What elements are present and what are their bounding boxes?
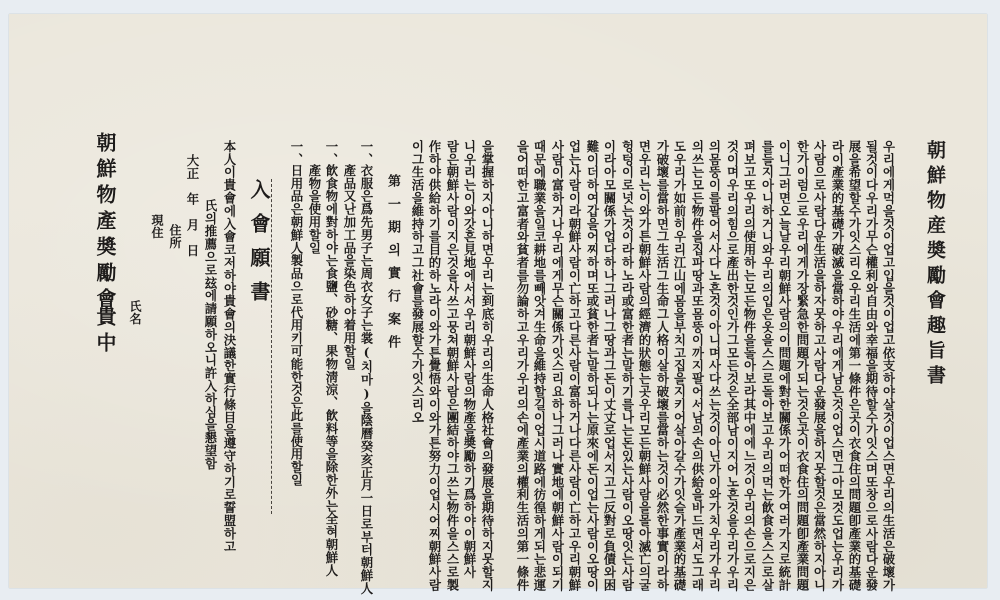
application-date: 大正 年 月 日: [185, 154, 199, 257]
addressee-suffix: 貴中: [91, 306, 120, 358]
scanned-document-page: 朝鮮物産奬勵會趣旨書 우리에게먹을것이업고입을것이업고依支하야살것이업스면우리의…: [9, 14, 987, 588]
body-column: 展을希望할수가잇스리오우리生活에第一條件은곳이衣食住의問題卽產業的基礎: [847, 140, 861, 592]
plan-item-line: 飮食物에對하야는食鹽、砂糖、果物淸涼、飮料等을除한外는全혀朝鮮人: [324, 164, 338, 577]
body-column: 사람이富하거나우리에게무슨關係가잇스리요하나그러나實地에朝鮮사람이되기: [550, 140, 564, 592]
body-column: 의쓰는모든物件을집파땅과또몸뚱이까지팔어서남의손의供給을바드면서도그래: [690, 140, 704, 592]
plan-item-bullet: 一、: [359, 140, 373, 166]
body-column: 의몸뚱이를팔어서사다노흔것이아니며사다쓰는것이아닌가이와가치우리가우리: [707, 140, 721, 592]
body-column: 람은朝鮮사람이지은것을사쓰고뭉쳐朝鮮사람은團結하야그쓰는物件을스스로製: [445, 140, 459, 592]
body-column: 을어떠한고富者와貧者를勿論하고우리가우리의손에產業의權利生活의第一條件: [515, 140, 529, 592]
application-line: 本人이貴會에入會코저하야貴會의決議한實行條目을遵守하기로誓盟하고: [222, 140, 236, 553]
address-label: 住所: [167, 224, 184, 249]
body-column: 이그生活을維持하고그社會를發展할수가잇스리오: [410, 140, 424, 424]
document-title: 朝鮮物産奬勵會趣旨書: [922, 140, 949, 390]
name-label: 氏名: [127, 300, 144, 325]
body-column: 것이며우리의힘으로產出한것인가그모든것은全部남이지어노흔것을우리가우리: [725, 140, 739, 592]
addressee-organization: 朝鮮物產奬勵會: [91, 132, 120, 314]
body-column: 를들지아니하거니와우리의입은옷을스스로돌아보고우리의먹는飮食을스스로살: [760, 140, 774, 592]
plan-item-bullet: 一、: [324, 140, 338, 166]
body-column: 될것이다우리가무슨權利와自由와幸福을期待할수가잇스며또창으로사람다운發: [864, 140, 878, 592]
body-column: 한가이럼으로우리에게가장緊急한問題가되는것은곳이衣食住의問題卽產業問題: [795, 140, 809, 592]
body-column: 도우리가如前히우리江山에몸을부치고집을지키어살아갈수가잇슬가產業的基礎: [672, 140, 686, 592]
body-column: 을掌握하지아니하면우리는到底히우리의生命人格社會의發展을期待하지못할지: [480, 140, 494, 592]
body-column: 라이產業的基礎가破滅을當하야우리에게남은것이업스면그아모것도업는우리가: [830, 140, 844, 592]
application-line: 氏의推薦으로玆에請願하오니許入하심을懇望함: [203, 199, 217, 470]
body-column: 업는사람이라朝鮮사람이亡하고다른사람이富하거나다른사람이亡하고우리朝鮮: [567, 140, 581, 592]
application-title: 入會願書: [245, 179, 274, 315]
plan-item-bullet: 一、: [289, 140, 303, 166]
body-column: 가破壞를當하면그生活그生命그人格이살하破壞를當하는것이必然한事實이라하: [655, 140, 669, 592]
body-column: 펴보고또우리의使用하는모든物件을돌아보라其中에에느것이우리의손으로지은: [742, 140, 756, 592]
body-column: 이니그러면오늘날우리朝鮮사람의이問題에對한關係가어떠한가여러가지로統計: [777, 140, 791, 592]
body-column: 이라아모關係가업다하나그러나그땅과그돈이丈丈로업서지고그反對로負債와困: [602, 140, 616, 592]
plan-heading: 第一期의實行案件: [383, 174, 402, 358]
body-column: 우리에게먹을것이업고입을것이업고依支하야살것이업스면우리의生活은破壞가: [881, 140, 895, 592]
body-column: 사람으로사람다운生活을하자못하고사람다운發展을하지못할것은當然하지아니: [812, 140, 826, 592]
plan-item-line: 衣服은爲先男子는周衣女子는裳(치마)을陰曆癸亥正月一日로부터朝鮮人: [359, 164, 373, 595]
residence-label: 現住: [149, 214, 166, 239]
plan-item-line: 日用品은朝鮮人製品으로代用키可能한것은此를使用할일: [289, 164, 303, 487]
body-column: 면우리는이와가튼朝鮮사람의經濟的狀態는곳우리모든朝鮮사람을몰아滅亡의굴: [637, 140, 651, 592]
body-column: 作하야供給하기를目的하노라이와가튼覺悟와이와가튼努力이업시어찌朝鮮사람: [427, 140, 441, 592]
body-column: 니우리는이와갓흔見地에서서우리朝鮮사람의物產을奬勵하기爲하야이朝鮮사: [462, 140, 476, 579]
plan-item-line: 產物을使用할일: [307, 164, 321, 254]
plan-item-line: 產品又난加工品을染色하야着用할일: [342, 164, 356, 370]
body-column: 때문에職業을일코耕地를빼앗겨生命을維持할길이업시道路에彷徨하게되는悲運: [532, 140, 546, 592]
body-column: 難이더하여갑을어찌하며또或貧한者는말하되나는原來에돈이업는사람이오땅이: [585, 140, 599, 592]
body-column: 헝텅이로넛는것이라하노라或富한者는말하기를나는돈있는사람이오땅잇는사람: [620, 140, 634, 592]
